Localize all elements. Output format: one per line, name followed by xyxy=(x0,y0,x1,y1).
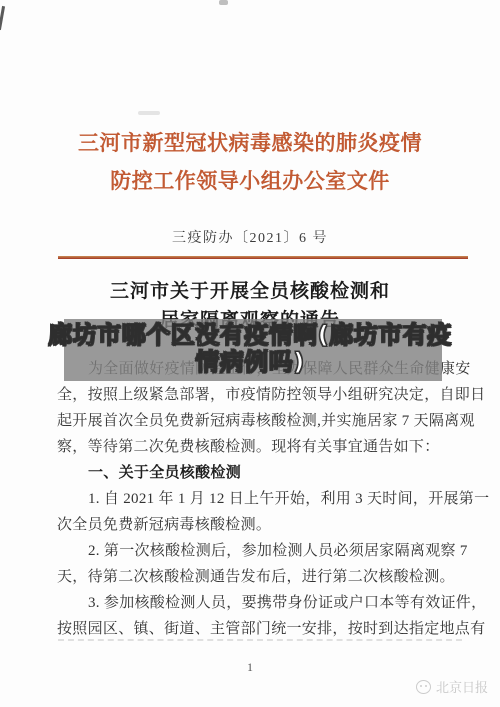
beijing-daily-watermark: 北京日报 xyxy=(416,677,488,696)
scanned-document-page: 三河市新型冠状病毒感染的肺炎疫情 防控工作领导小组办公室文件 三疫防办〔2021… xyxy=(0,0,500,707)
body-line: 1. 自 2021 年 1 月 12 日上午开始，利用 3 天时间，开展第一 xyxy=(57,486,449,512)
body-line: 按照园区、镇、街道、主管部门统一安排，按时到达指定地点有 xyxy=(57,616,449,642)
scan-speck-artifact xyxy=(219,0,228,5)
body-line: 次全员免费新冠病毒核酸检测。 xyxy=(57,512,449,538)
document-title-line1: 三河市关于开展全员核酸检测和 xyxy=(0,277,500,306)
caption-overlay: 廊坊市哪个区没有疫情啊(廊坊市有疫 情病例吗) xyxy=(0,322,500,376)
body-line: 察，等待第二次免费核酸检测。现将有关事宜通告如下： xyxy=(57,434,449,460)
watermark-logo-icon xyxy=(416,680,431,694)
caption-line2: 情病例吗) xyxy=(0,349,500,376)
letterhead-divider-rule xyxy=(58,256,468,259)
body-line: 2. 第一次核酸检测后，参加检测人员必须居家隔离观察 7 xyxy=(57,538,449,564)
body-line: 全，按照上级紧急部署，市疫情防控领导小组研究决定，自即日 xyxy=(57,382,449,408)
body-line: 3. 参加核酸检测人员，要携带身份证或户口本等有效证件， xyxy=(57,590,449,616)
caption-line1: 廊坊市哪个区没有疫情啊(廊坊市有疫 xyxy=(0,322,500,349)
letterhead-org-line1: 三河市新型冠状病毒感染的肺炎疫情 xyxy=(0,124,500,162)
document-number: 三疫防办〔2021〕6 号 xyxy=(0,227,500,247)
page-number: 1 xyxy=(0,660,500,675)
scan-corner-artifact xyxy=(0,6,5,30)
letterhead: 三河市新型冠状病毒感染的肺炎疫情 防控工作领导小组办公室文件 xyxy=(0,124,500,200)
document-body: 为全面做好疫情防控工作，全力保障人民群众生命健康安 全，按照上级紧急部署，市疫情… xyxy=(57,356,449,642)
body-line: 起开展首次全员免费新冠病毒核酸检测,并实施居家 7 天隔离观 xyxy=(57,408,449,434)
letterhead-org-line2: 防控工作领导小组办公室文件 xyxy=(0,162,500,200)
scan-smudge-artifact xyxy=(138,111,160,115)
section-heading: 一、关于全员核酸检测 xyxy=(57,460,449,486)
body-line: 天，待第二次核酸检测通告发布后，进行第二次核酸检测。 xyxy=(57,564,449,590)
watermark-text: 北京日报 xyxy=(436,677,488,696)
